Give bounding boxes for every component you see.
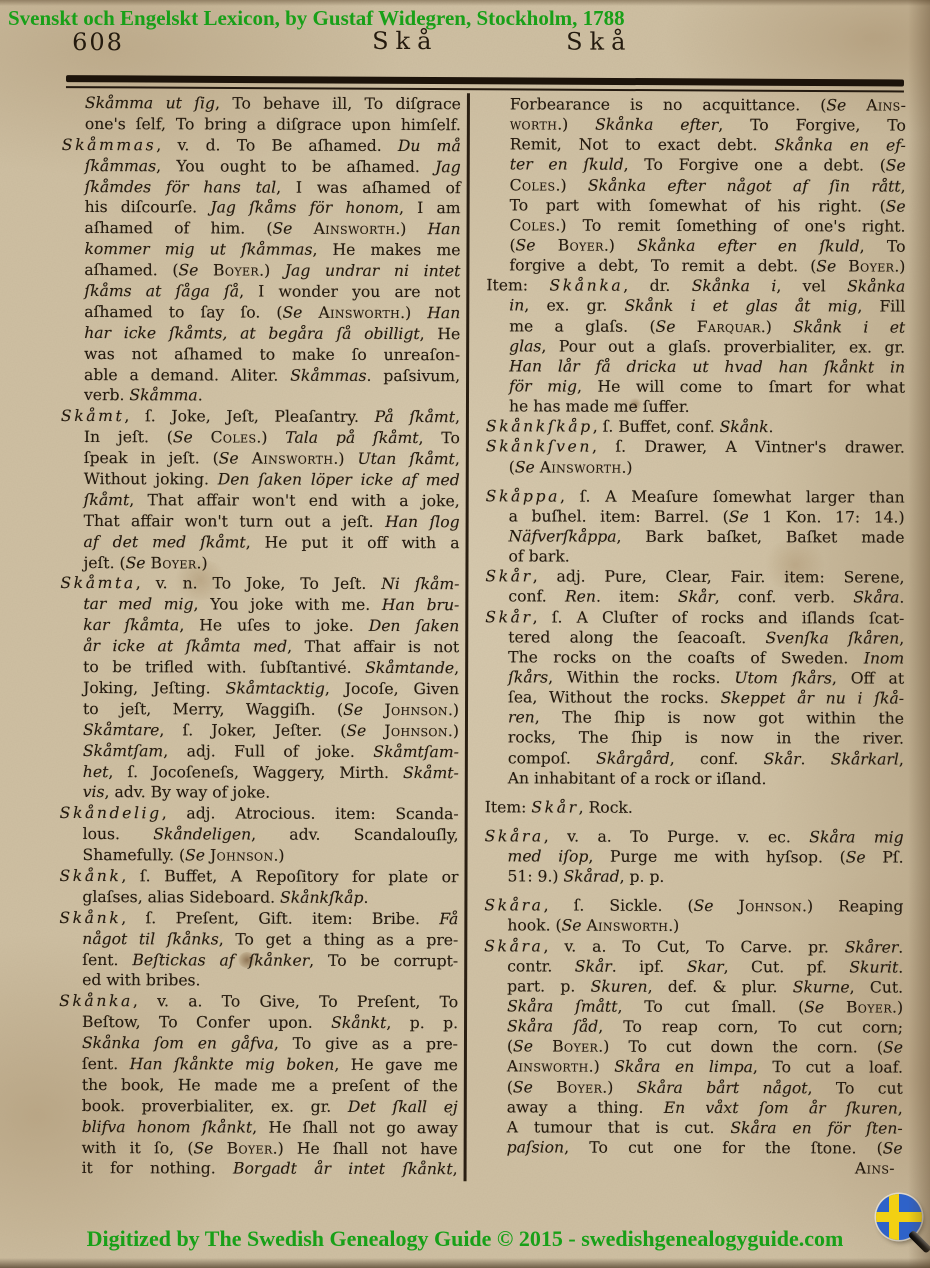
- text-line: of bark.: [485, 546, 904, 567]
- swedish-phrase: Skeppet år nu i ſkå-: [721, 689, 905, 708]
- text-line: with it ſo, (Se Boyer.) He ſhall not hav…: [59, 1137, 458, 1159]
- authority-name: Ainsworth: [318, 304, 400, 322]
- text-line: to jeſt, Merry, Waggiſh. (Se Johnson.): [60, 699, 459, 721]
- text-line: Skåmt, ſ. Joke, Jeſt, Pleaſantry. På ſkå…: [61, 406, 460, 428]
- text-line: glas, Pour out a glaſs. proverbialiter, …: [486, 336, 905, 357]
- swedish-phrase: Borgadt år intet ſkånkt: [233, 1160, 453, 1179]
- text-line: conf. Ren. item: Skår, conf. verb. Skåra…: [485, 587, 904, 608]
- swedish-phrase: Se: [804, 998, 824, 1016]
- text-segment: , Cut.: [850, 978, 904, 996]
- swedish-phrase: kar ſkåmta: [83, 616, 179, 634]
- text-line: Joking, Jeſting. Skåmtacktig, Jocoſe, Gi…: [60, 678, 459, 700]
- text-line: kommer mig ut ſkåmmas, He makes me: [61, 239, 460, 261]
- text-segment: .): [448, 701, 459, 719]
- text-segment: [213, 1139, 226, 1157]
- text-segment: of bark.: [508, 547, 569, 565]
- text-line: aſhamed. (Se Boyer.) Jag undrar ni intet: [61, 260, 460, 282]
- text-line: något til ſkånks, To get a thing as a pr…: [59, 929, 458, 951]
- text-segment: , Pour out a glaſs. proverbialiter, ex. …: [541, 337, 905, 356]
- swedish-phrase: glas: [509, 337, 541, 355]
- authority-name: Boyer: [846, 998, 892, 1016]
- swedish-phrase: Se: [826, 96, 846, 114]
- swedish-phrase: Skår: [764, 750, 801, 768]
- text-segment: ,: [901, 177, 906, 195]
- swedish-phrase: Skånka en ef-: [775, 136, 906, 154]
- swedish-phrase: Skårer: [845, 938, 899, 956]
- swedish-phrase: Skåra: [853, 589, 899, 607]
- text-segment: [292, 220, 313, 238]
- text-segment: [533, 1078, 556, 1096]
- text-line: the book, He made me a preſent of the: [59, 1075, 458, 1097]
- swedish-phrase: Se: [343, 701, 363, 719]
- text-segment: .) Reaping: [802, 898, 903, 916]
- text-segment: , def. & plur.: [648, 978, 793, 996]
- swedish-phrase: blifva honom ſkånkt: [82, 1118, 253, 1137]
- text-segment: , ſ. Drawer, A Vintner's drawer.: [592, 438, 905, 457]
- swedish-phrase: Se: [193, 1139, 213, 1157]
- swedish-phrase: het: [83, 763, 109, 781]
- text-segment: .): [761, 318, 793, 336]
- text-segment: [713, 897, 738, 915]
- text-line: ſkåmt, That affair won't end with a joke…: [61, 490, 460, 512]
- swedish-phrase: Skåra ſåd: [507, 1018, 598, 1036]
- text-segment: An inhabitant of a rock or iſland.: [508, 769, 767, 788]
- swedish-phrase: Se: [694, 897, 714, 915]
- swedish-phrase: Utom ſkårs: [734, 669, 832, 687]
- text-segment: hook. (: [507, 917, 561, 935]
- text-segment: .: [363, 889, 368, 907]
- text-segment: , ſ. Jocoſeneſs, Waggery, Mirth.: [108, 763, 403, 782]
- text-segment: [535, 236, 557, 254]
- swedish-phrase: ſkåmdes för hans tal: [85, 178, 277, 197]
- swedish-phrase: Skånka efter: [595, 116, 718, 134]
- text-line: A tumour that is cut. Skåra en för ſten-: [484, 1117, 903, 1138]
- text-segment: , ſ. A Cluſter of rocks and iſlands ſcat…: [533, 608, 905, 627]
- text-line: book. proverbialiter, ex. gr. Det ſkall …: [59, 1096, 458, 1118]
- text-segment: , To Forgive, To: [718, 116, 906, 135]
- text-segment: to be trifled with. ſubſtantivé.: [83, 658, 365, 677]
- swedish-phrase: Skånkt: [331, 1014, 386, 1032]
- authority-name: Boyer: [150, 554, 196, 572]
- text-segment: .): [400, 304, 427, 322]
- text-segment: .): [602, 1078, 636, 1096]
- text-segment: tered along the ſeacoaſt.: [508, 628, 765, 647]
- text-segment: Pſ.: [866, 849, 904, 867]
- text-segment: Forbearance is no acquittance. (: [510, 95, 826, 114]
- text-segment: .): [894, 258, 905, 276]
- text-segment: , ſ. Buffet, A Repoſitory for plate or: [121, 867, 458, 886]
- text-segment: , Purge me with hyſsop. (: [588, 848, 845, 867]
- swedish-phrase: Han bru-: [382, 596, 459, 614]
- headword: Skåra: [484, 937, 543, 955]
- text-segment: , adv. By way of joke.: [105, 783, 271, 802]
- text-segment: .): [555, 176, 587, 194]
- text-segment: [363, 701, 385, 719]
- authority-name: Ainsworth: [586, 917, 668, 935]
- text-segment: , Rock.: [579, 798, 633, 816]
- swedish-phrase: Se: [282, 304, 302, 322]
- headword: Skåmt: [61, 407, 125, 425]
- text-segment: , adj. Atrocious. item: Scanda-: [162, 805, 459, 824]
- headword: Skånk: [59, 909, 121, 927]
- swedish-phrase: Svenſka ſkåren: [765, 629, 899, 647]
- text-segment: , Within the rocks.: [548, 668, 734, 687]
- text-segment: [533, 1038, 552, 1056]
- text-segment: . item:: [596, 588, 678, 606]
- swedish-phrase: Han: [428, 220, 461, 238]
- swedish-phrase: Jag: [435, 158, 461, 176]
- authority-name: Coles: [510, 216, 556, 234]
- authority-name: worth: [510, 115, 557, 133]
- swedish-phrase: Skurit: [849, 958, 898, 976]
- text-line: Skåmmas, v. d. To Be aſhamed. Du må: [62, 135, 461, 157]
- text-line: Coles.) To remit ſomething of one's righ…: [487, 215, 906, 236]
- text-line: Näfverſkåppa, Bark baſket, Baſket made: [486, 526, 905, 547]
- text-segment: part. p.: [507, 977, 591, 995]
- swedish-phrase: något til ſkånks: [82, 930, 219, 948]
- text-segment: me a glaſs. (: [509, 317, 655, 335]
- swedish-phrase: En våxt ſom år ſkuren: [664, 1099, 898, 1118]
- text-segment: .): [395, 220, 427, 238]
- swedish-phrase: Beſtickas af ſkånker: [132, 951, 309, 970]
- swedish-phrase: Se: [516, 236, 536, 254]
- text-segment: .): [197, 554, 208, 572]
- text-line: ſea, Without the rocks. Skeppet år nu i …: [485, 687, 904, 708]
- text-line: Ainsworth.) Skåra en limpa, To cut a loa…: [484, 1057, 903, 1078]
- text-segment: , To cut ſmall. (: [617, 998, 804, 1017]
- text-line: hook. (Se Ainsworth.): [484, 916, 903, 937]
- right-column: Forbearance is no acquittance. (Se Ains-…: [484, 94, 906, 1179]
- text-line: rocks, The ſhip is now in the river.: [485, 728, 904, 749]
- text-segment: compoſ.: [508, 749, 596, 767]
- text-line: it for nothing. Borgadt år intet ſkånkt,: [59, 1158, 458, 1180]
- swedish-phrase: Se: [185, 846, 205, 864]
- text-segment: , v. a. To Purge. v. ec.: [544, 827, 810, 846]
- text-line: Skånkſkåp, ſ. Buffet, conf. Skånk.: [486, 417, 905, 438]
- swedish-phrase: ſkåmt: [84, 491, 130, 509]
- text-line: Skåmtare, ſ. Joker, Jeſter. (Se Johnson.…: [60, 720, 459, 742]
- authority-name: Ainsworth: [314, 220, 396, 238]
- headword: Skånkſkåp: [486, 418, 593, 436]
- text-line: år icke at ſkåmta med, That affair is no…: [60, 636, 459, 658]
- swedish-phrase: Skårgård: [596, 749, 670, 767]
- swedish-phrase: Skåmmas: [290, 366, 366, 384]
- text-line: An inhabitant of a rock or iſland.: [485, 768, 904, 789]
- text-segment: , To: [860, 237, 906, 255]
- headword: Skår: [485, 568, 532, 586]
- text-segment: , adj. Full of joke.: [163, 742, 373, 761]
- text-segment: contr.: [507, 957, 575, 975]
- text-segment: was not aſhamed to make ſo unreaſon-: [84, 345, 460, 364]
- text-segment: To part with ſomewhat of his right. (: [510, 196, 886, 215]
- headword: Skånkſven: [486, 438, 592, 456]
- text-segment: .): [589, 1058, 615, 1076]
- swedish-phrase: Tala på ſkåmt: [285, 429, 418, 447]
- text-segment: Joking, Jeſting.: [83, 679, 226, 697]
- text-line: vis, adv. By way of joke.: [60, 782, 459, 804]
- authority-name: Boyer: [227, 1139, 273, 1157]
- text-segment: .): [259, 262, 285, 280]
- text-segment: , He makes me: [312, 241, 460, 259]
- text-segment: , To get a thing as a pre-: [219, 930, 459, 949]
- text-line: tered along the ſeacoaſt. Svenſka ſkåren…: [485, 627, 904, 648]
- swedish-phrase: Skåmma: [129, 387, 197, 405]
- authority-name: Boyer: [848, 258, 894, 276]
- text-segment: .: [898, 958, 903, 976]
- text-line: Skåra, ſ. Sickle. (Se Johnson.) Reaping: [484, 896, 903, 917]
- text-segment: , That affair won't end with a joke,: [129, 491, 459, 510]
- text-segment: Remit, Not to exact debt.: [510, 136, 775, 155]
- text-line: Beſtow, To Confer upon. Skånkt, p. p.: [59, 1012, 458, 1034]
- text-line: ſkårs, Within the rocks. Utom ſkårs, Off…: [485, 667, 904, 688]
- headword: Skåmta: [60, 574, 135, 592]
- text-line: aſhamed to ſay ſo. (Se Ainsworth.) Han: [61, 302, 460, 324]
- text-line: worth.) Skånka efter, To Forgive, To: [487, 114, 906, 135]
- text-segment: . ipf.: [612, 957, 687, 975]
- headword: Skåndelig: [60, 804, 162, 822]
- text-segment: , ſ. Joker, Jeſter. (: [159, 721, 346, 740]
- text-line: Remit, Not to exact debt. Skånka en ef-: [487, 135, 906, 156]
- text-segment: away a thing.: [507, 1098, 664, 1116]
- printed-content: 608 Skå Skå Skåmma ut ſig, To behave ill…: [0, 0, 930, 1268]
- swedish-phrase: Jag undrar ni intet: [285, 262, 461, 281]
- text-segment: ſpeak in jeſt. (: [84, 449, 219, 467]
- text-line: het, ſ. Jocoſeneſs, Waggery, Mirth. Skåm…: [60, 761, 459, 783]
- text-line: Skåppa, ſ. A Meaſure ſomewhat larger tha…: [486, 486, 905, 507]
- swedish-phrase: Skånka efter något af ſin rått: [588, 176, 901, 195]
- text-segment: A tumour that is cut.: [507, 1118, 731, 1137]
- text-segment: .): [273, 847, 284, 865]
- swedish-phrase: Utan ſkåmt: [357, 450, 454, 468]
- swedish-phrase: Se: [846, 848, 866, 866]
- text-line: forgive a debt, To remit a debt. (Se Boy…: [486, 255, 905, 276]
- text-segment: , ex. gr.: [524, 297, 624, 315]
- text-line: glaſses, alias Sideboard. Skånkſkåp.: [59, 887, 458, 909]
- text-segment: .): [256, 429, 285, 447]
- text-segment: his diſcourſe.: [85, 198, 211, 216]
- text-segment: [239, 450, 252, 468]
- text-line: ſkåmmas, You ought to be aſhamed. Jag: [62, 156, 461, 178]
- swedish-phrase: ſkårs: [508, 668, 548, 686]
- text-line: ren, The ſhip is now got within the: [485, 707, 904, 728]
- swedish-phrase: Skånka ſom en gåfva: [82, 1034, 274, 1053]
- swedish-phrase: Skåmtare: [83, 721, 160, 739]
- text-segment: In jeſt. (: [84, 428, 173, 446]
- column-divider-rule: [464, 93, 470, 1181]
- text-line: blifva honom ſkånkt, He ſhall not go awa…: [59, 1117, 458, 1139]
- swedish-phrase: Skurne: [793, 978, 850, 996]
- digitization-header-text: Svenskt och Engelskt Lexicon, by Gustaf …: [8, 6, 625, 31]
- text-line: able a demand. Aliter. Skåmmas. paſsivum…: [61, 365, 460, 387]
- swedish-phrase: kommer mig ut ſkåmmas: [84, 240, 312, 259]
- swedish-phrase: Skåmtſam: [83, 742, 163, 760]
- swedish-phrase: Se: [346, 722, 366, 740]
- text-line: Item: Skår, Rock.: [485, 797, 904, 818]
- text-segment: , To cut one for the ſtone. (: [564, 1139, 883, 1158]
- running-head-right: Skå: [566, 28, 632, 56]
- text-segment: , He gave me: [334, 1056, 458, 1074]
- text-line: Skåra ſåd, To reap corn, To cut corn;: [484, 1016, 903, 1037]
- text-segment: he has made me ſuffer.: [509, 397, 690, 416]
- authority-name: Coles: [211, 429, 257, 447]
- text-segment: , v. n. To Joke, To Jeſt.: [136, 575, 381, 594]
- text-segment: , v. d. To Be aſhamed.: [156, 136, 398, 155]
- text-segment: , conf.: [670, 749, 764, 767]
- digitization-footer-text: Digitized by The Swedish Genealogy Guide…: [0, 1226, 930, 1252]
- text-segment: , p. p.: [620, 868, 665, 886]
- text-segment: , To cut a loaf.: [753, 1059, 903, 1077]
- text-segment: ed with bribes.: [82, 971, 200, 989]
- text-segment: -: [901, 97, 906, 115]
- text-segment: , To cut: [808, 1079, 903, 1097]
- text-line: Without joking. Den ſaken löper icke af …: [61, 469, 460, 491]
- text-line: Shamefully. (Se Johnson.): [60, 845, 459, 867]
- swedish-phrase: Skåra mig: [809, 828, 903, 846]
- text-segment: , You ought to be aſhamed.: [156, 157, 435, 176]
- text-line: To part with ſomewhat of his right. (Se: [487, 195, 906, 216]
- text-segment: ſea, Without the rocks.: [508, 688, 721, 707]
- text-segment: , He ſhall not go away: [252, 1118, 458, 1137]
- swedish-phrase: Skar: [687, 958, 724, 976]
- text-line: Ains-: [484, 1157, 903, 1178]
- swedish-phrase: ter en ſkuld: [510, 156, 624, 174]
- text-segment: , He uſes to joke.: [179, 617, 368, 636]
- swedish-phrase: Se: [219, 450, 239, 468]
- left-column: Skåmma ut ſig, To behave ill, To diſgrac…: [59, 93, 461, 1181]
- swedish-phrase: Se: [886, 197, 906, 215]
- text-line: Skånk, ſ. Preſent, Gift. item: Bribe. Få: [59, 908, 458, 930]
- text-segment: , conf. verb.: [715, 588, 853, 606]
- text-segment: .: [801, 750, 831, 768]
- text-line: Forbearance is no acquittance. (Se Ains-: [487, 94, 906, 115]
- swedish-phrase: Det ſkall ej: [348, 1098, 458, 1116]
- text-line: (Se Boyer.) Skånka efter en ſkuld, To: [486, 235, 905, 256]
- text-segment: .: [769, 418, 774, 436]
- text-segment: ,: [898, 1099, 903, 1117]
- swedish-phrase: ren: [508, 709, 535, 727]
- text-line: lous. Skåndeligen, adv. Scandalouſly,: [60, 824, 459, 846]
- text-segment: ſent.: [82, 1055, 130, 1073]
- text-line: Skåmta, v. n. To Joke, To Jeſt. Ni ſkåm-: [60, 573, 459, 595]
- authority-name: Ainsworth: [540, 458, 622, 476]
- swedish-phrase: paſsion: [507, 1138, 565, 1156]
- text-line: ſkåms at ſåga ſå, I wonder you are not: [61, 281, 460, 303]
- text-line: away a thing. En våxt ſom år ſkuren,: [484, 1097, 903, 1118]
- authority-name: Boyer: [556, 1078, 602, 1096]
- text-segment: , ſ. A Meaſure ſomewhat larger than: [560, 487, 905, 506]
- text-segment: That affair won't turn out a jeſt.: [84, 512, 386, 531]
- swedish-phrase: Han: [427, 304, 460, 322]
- swedish-phrase: Se: [513, 1038, 533, 1056]
- swedish-phrase: Se: [883, 1039, 903, 1057]
- text-segment: aſhamed of him. (: [85, 219, 273, 238]
- text-segment: , I am: [399, 199, 461, 217]
- text-segment: to jeſt, Merry, Waggiſh. (: [83, 700, 343, 719]
- text-segment: , He will come to ſmart for what: [577, 378, 905, 397]
- text-segment: , To be corrupt-: [309, 951, 458, 969]
- swedish-phrase: Ni ſkåm-: [381, 575, 459, 593]
- swedish-phrase: Se: [886, 157, 906, 175]
- page-edge-top: [0, 0, 930, 6]
- text-segment: , To: [418, 429, 459, 447]
- authority-name: Ains: [866, 96, 900, 114]
- header-double-rule: [66, 75, 904, 92]
- text-segment: a buſhel. item: Barrel. (: [509, 507, 729, 526]
- text-segment: aſhamed. (: [84, 261, 178, 279]
- swedish-phrase: Skåra ſmått: [507, 997, 617, 1015]
- text-segment: lous.: [83, 825, 154, 843]
- text-segment: forgive a debt, To remit a debt. (: [509, 256, 816, 275]
- text-segment: , I was aſhamed of: [276, 178, 461, 197]
- swedish-phrase: Skåmma ut ſig: [85, 94, 215, 112]
- text-segment: Shamefully. (: [83, 846, 186, 864]
- swedish-phrase: Se: [656, 317, 676, 335]
- authority-name: Boyer: [552, 1038, 598, 1056]
- text-segment: .): [333, 450, 357, 468]
- text-line: he has made me ſuffer.: [486, 396, 905, 417]
- text-segment: , To reap corn, To cut corn;: [598, 1018, 903, 1037]
- text-line: Han lår få dricka ut hvad han ſkånkt in: [486, 356, 905, 377]
- swedish-phrase: Se: [178, 261, 198, 279]
- text-segment: ,: [455, 409, 460, 427]
- swedish-phrase: Han ſlog: [385, 513, 460, 531]
- text-segment: , ſ. Sickle. (: [544, 897, 694, 915]
- text-line: That affair won't turn out a jeſt. Han ſ…: [61, 511, 460, 533]
- text-segment: .): [892, 999, 903, 1017]
- text-segment: [824, 998, 846, 1016]
- text-segment: ſent.: [82, 951, 132, 969]
- authority-name: Johnson: [384, 701, 448, 719]
- text-line: Skåra ſmått, To cut ſmall. (Se Boyer.): [484, 996, 903, 1017]
- text-segment: ,: [454, 659, 459, 677]
- text-segment: able a demand. Aliter.: [84, 366, 290, 385]
- headword: Skåppa: [486, 487, 560, 505]
- text-line: med iſop, Purge me with hyſsop. (Se Pſ.: [485, 846, 904, 867]
- swedish-phrase: Skåra en för ſten-: [730, 1119, 902, 1138]
- text-segment: , ſ. Preſent, Gift. item: Bribe.: [121, 909, 439, 928]
- text-segment: -: [889, 1160, 894, 1178]
- swedish-phrase: år icke at ſkåmta med: [83, 637, 287, 656]
- text-line: ſkåmdes för hans tal, I was aſhamed of: [62, 177, 461, 199]
- text-line: me a glaſs. (Se Farquar.) Skånk i et: [486, 316, 905, 337]
- headword: Skår: [485, 608, 532, 626]
- text-segment: , Fill: [857, 298, 905, 316]
- text-segment: verb.: [84, 386, 129, 404]
- swedish-phrase: tar med mig: [83, 595, 193, 613]
- text-line: compoſ. Skårgård, conf. Skår. Skårkarl,: [485, 748, 904, 769]
- text-segment: 51: 9.): [507, 868, 563, 886]
- text-segment: jeſt. (: [83, 554, 125, 572]
- text-line: ſent. Beſtickas af ſkånker, To be corrup…: [59, 949, 458, 971]
- swedish-phrase: Skåndeligen: [153, 825, 251, 843]
- swedish-phrase: På ſkåmt: [375, 408, 455, 426]
- authority-name: Boyer: [558, 236, 604, 254]
- swedish-phrase: Skåmt-: [403, 764, 459, 782]
- swedish-phrase: Du må: [398, 137, 461, 155]
- swedish-phrase: ſkåms at ſåga ſå: [84, 282, 239, 300]
- authority-name: Ains: [855, 1160, 889, 1178]
- swedish-phrase: Skåmtacktig: [226, 679, 325, 697]
- text-segment: book. proverbialiter, ex. gr.: [82, 1097, 348, 1116]
- text-segment: .: [198, 387, 203, 405]
- text-segment: , Cut. pf.: [724, 958, 850, 976]
- text-segment: , To give as a pre-: [274, 1035, 458, 1054]
- authority-name: Johnson: [384, 722, 448, 740]
- text-line: verb. Skåmma.: [61, 385, 460, 407]
- text-line: part. p. Skuren, def. & plur. Skurne, Cu…: [484, 976, 903, 997]
- headword: Skår: [531, 798, 578, 816]
- swedish-phrase: Se: [729, 508, 749, 526]
